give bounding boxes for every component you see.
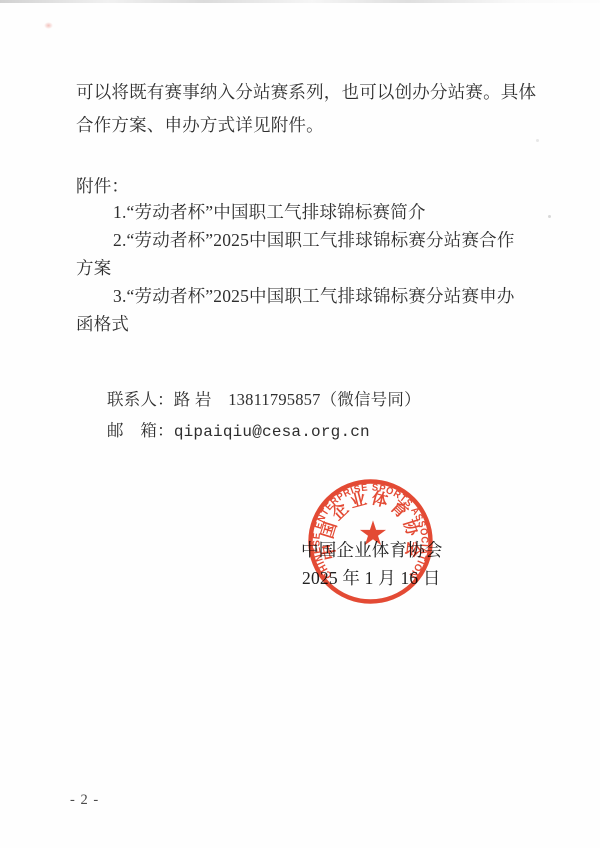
star-icon: ★ bbox=[358, 516, 388, 553]
document-page: 可以将既有赛事纳入分站赛系列，也可以创办分站赛。具体 合作方案、申办方式详见附件… bbox=[0, 0, 600, 848]
scan-speck bbox=[548, 215, 551, 218]
body-line: 合作方案、申办方式详见附件。 bbox=[76, 117, 324, 135]
scan-edge-artifact bbox=[0, 0, 600, 3]
contact-person-line: 联系人：路 岩 13811795857（微信号同） bbox=[107, 392, 421, 409]
scan-speck bbox=[536, 139, 539, 142]
attachment-line: 3.“劳动者杯”2025中国职工气排球锦标赛分站赛申办 bbox=[113, 288, 515, 306]
attachment-line: 2.“劳动者杯”2025中国职工气排球锦标赛分站赛合作 bbox=[113, 232, 515, 250]
attachment-line: 1.“劳动者杯”中国职工气排球锦标赛简介 bbox=[113, 204, 426, 222]
ink-smudge bbox=[44, 22, 53, 29]
contact-email-label: 邮 箱： bbox=[107, 421, 174, 440]
contact-email-value: qipaiqiu@cesa.org.cn bbox=[174, 423, 370, 441]
contact-email-line: 邮 箱：qipaiqiu@cesa.org.cn bbox=[107, 423, 370, 440]
attachment-line-continuation: 函格式 bbox=[76, 316, 129, 334]
attachments-heading: 附件： bbox=[76, 178, 129, 196]
attachment-line-continuation: 方案 bbox=[76, 260, 111, 278]
body-line: 可以将既有赛事纳入分站赛系列，也可以创办分站赛。具体 bbox=[76, 84, 536, 102]
official-seal-stamp: CHINESE ENTERPRISE SPORTS ASSOCIATION 中国… bbox=[302, 473, 439, 610]
page-number: - 2 - bbox=[70, 792, 99, 809]
